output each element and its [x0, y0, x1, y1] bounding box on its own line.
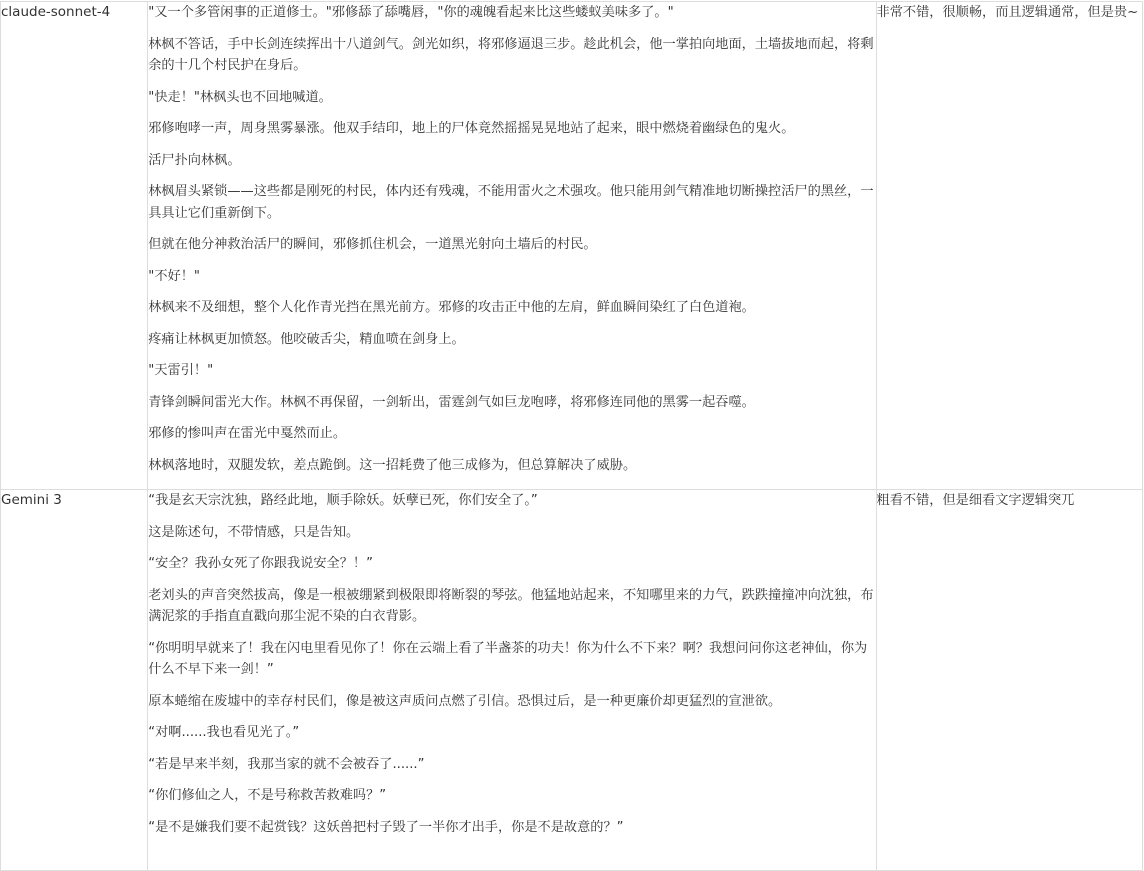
comment-text: 非常不错，很顺畅，而且逻辑通常，但是贵~ — [877, 5, 1139, 20]
output-paragraph: “你明明早就来了！我在闪电里看见你了！你在云端上看了半盏茶的功夫！你为什么不下来… — [148, 638, 875, 681]
output-paragraph: 林枫落地时，双腿发软，差点跪倒。这一招耗费了他三成修为，但总算解决了威胁。 — [148, 455, 875, 477]
output-paragraph: 林枫眉头紧锁——这些都是刚死的村民，体内还有残魂，不能用雷火之术强攻。他只能用剑… — [148, 181, 875, 224]
output-paragraph: “安全？我孙女死了你跟我说安全？！” — [148, 553, 875, 575]
output-paragraph: 活尸扑向林枫。 — [148, 150, 875, 172]
output-paragraph: 原本蜷缩在废墟中的幸存村民们，像是被这声质问点燃了引信。恐惧过后，是一种更廉价却… — [148, 691, 875, 713]
output-paragraph: "天雷引！" — [148, 360, 875, 382]
model-name: Gemini 3 — [1, 492, 62, 508]
table-row: claude-sonnet-4 "又一个多管闲事的正道修士。"邪修舔了舔嘴唇，"… — [1, 2, 1143, 490]
output-paragraph: 青锋剑瞬间雷光大作。林枫不再保留，一剑斩出，雷霆剑气如巨龙咆哮，将邪修连同他的黑… — [148, 392, 875, 414]
output-paragraph: "不好！" — [148, 266, 875, 288]
model-output-cell: “我是玄天宗沈独，路经此地，顺手除妖。妖孽已死，你们安全了。” 这是陈述句，不带… — [148, 490, 876, 858]
model-name: claude-sonnet-4 — [1, 4, 110, 20]
output-paragraph: “是不是嫌我们要不起赏钱？这妖兽把村子毁了一半你才出手，你是不是故意的？” — [148, 817, 875, 839]
comment-cell: 非常不错，很顺畅，而且逻辑通常，但是贵~ — [876, 2, 1142, 490]
output-paragraph: 林枫来不及细想，整个人化作青光挡在黑光前方。邪修的攻击正中他的左肩，鲜血瞬间染红… — [148, 297, 875, 319]
output-paragraph: 林枫不答话，手中长剑连续挥出十八道剑气。剑光如织，将邪修逼退三步。趁此机会，他一… — [148, 34, 875, 77]
output-paragraph: “对啊......我也看见光了。” — [148, 722, 875, 744]
comment-cell: 粗看不错，但是细看文字逻辑突兀 — [876, 490, 1142, 858]
comparison-table: claude-sonnet-4 "又一个多管闲事的正道修士。"邪修舔了舔嘴唇，"… — [0, 1, 1143, 857]
output-paragraph: 但就在他分神救治活尸的瞬间，邪修抓住机会，一道黑光射向土墙后的村民。 — [148, 234, 875, 256]
output-paragraph: “你们修仙之人，不是号称救苦救难吗？” — [148, 785, 875, 807]
output-paragraph: 邪修咆哮一声，周身黑雾暴涨。他双手结印，地上的尸体竟然摇摇晃晃地站了起来，眼中燃… — [148, 118, 875, 140]
output-paragraph: "又一个多管闲事的正道修士。"邪修舔了舔嘴唇，"你的魂魄看起来比这些蝼蚁美味多了… — [148, 2, 875, 24]
table-row: Gemini 3 “我是玄天宗沈独，路经此地，顺手除妖。妖孽已死，你们安全了。”… — [1, 490, 1143, 858]
output-paragraph: 这是陈述句，不带情感，只是告知。 — [148, 522, 875, 544]
output-paragraph: 邪修的惨叫声在雷光中戛然而止。 — [148, 423, 875, 445]
model-name-cell: claude-sonnet-4 — [1, 2, 148, 490]
model-name-cell: Gemini 3 — [1, 490, 148, 858]
output-paragraph: 疼痛让林枫更加愤怒。他咬破舌尖，精血喷在剑身上。 — [148, 329, 875, 351]
output-paragraph: “我是玄天宗沈独，路经此地，顺手除妖。妖孽已死，你们安全了。” — [148, 490, 875, 512]
output-paragraph: “若是早来半刻，我那当家的就不会被吞了......” — [148, 754, 875, 776]
output-paragraph: 老刘头的声音突然拔高，像是一根被绷紧到极限即将断裂的琴弦。他猛地站起来，不知哪里… — [148, 585, 875, 628]
comment-text: 粗看不错，但是细看文字逻辑突兀 — [877, 493, 1075, 508]
model-output-cell: "又一个多管闲事的正道修士。"邪修舔了舔嘴唇，"你的魂魄看起来比这些蝼蚁美味多了… — [148, 2, 876, 490]
output-paragraph: "快走！"林枫头也不回地喊道。 — [148, 87, 875, 109]
